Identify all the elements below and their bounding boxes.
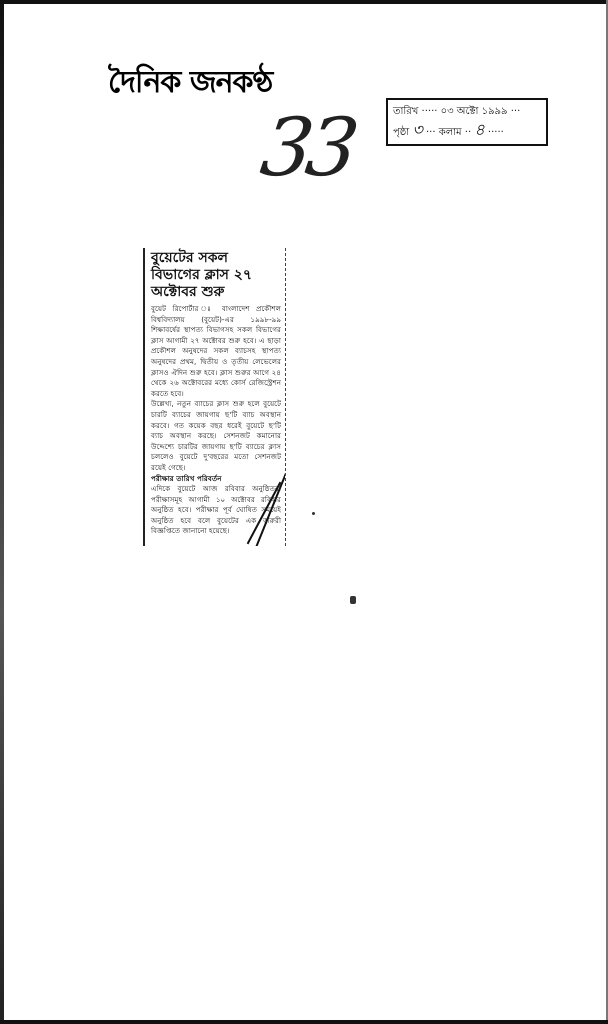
- scan-border-top: [0, 0, 608, 4]
- handwritten-file-number: 33: [256, 108, 357, 188]
- article-body: বুয়েট রিপোর্টার ঃ বাংলাদেশ প্রকৌশল বিশ্…: [151, 304, 281, 537]
- scan-speck: [312, 512, 315, 515]
- date-value: ০৩ অক্টো ১৯৯৯: [441, 106, 508, 117]
- column-label: কলাম: [439, 127, 462, 138]
- date-stamp-box: তারিখ ····· ০৩ অক্টো ১৯৯৯ ··· পৃষ্ঠা ৩ ·…: [386, 98, 548, 146]
- column-value: ৪: [474, 120, 484, 139]
- date-row: তারিখ ····· ০৩ অক্টো ১৯৯৯ ···: [393, 103, 541, 121]
- article-paragraph: বুয়েট রিপোর্টার ঃ বাংলাদেশ প্রকৌশল বিশ্…: [151, 304, 281, 399]
- scan-border-bottom: [0, 1020, 608, 1024]
- article-paragraph: উল্লেখ্য, নতুন ব্যাচের ক্লাস শুরু হলে বু…: [151, 399, 281, 473]
- article-subheading: পরীক্ষার তারিখ পরিবর্তন: [151, 474, 281, 485]
- article-headline: বুয়েটের সকল বিভাগের ক্লাস ২৭ অক্টোবর শু…: [151, 250, 281, 301]
- page-label: পৃষ্ঠা: [393, 127, 409, 138]
- page-column-row: পৃষ্ঠা ৩ ··· কলাম ·· ৪ ·····: [393, 121, 541, 142]
- date-label: তারিখ: [393, 106, 418, 117]
- newspaper-masthead: দৈনিক জনকণ্ঠ: [108, 58, 272, 109]
- news-clipping: বুয়েটের সকল বিভাগের ক্লাস ২৭ অক্টোবর শু…: [143, 248, 286, 546]
- page-value: ৩: [412, 120, 422, 139]
- scan-border-left: [0, 0, 4, 1024]
- scan-speck: [350, 596, 356, 604]
